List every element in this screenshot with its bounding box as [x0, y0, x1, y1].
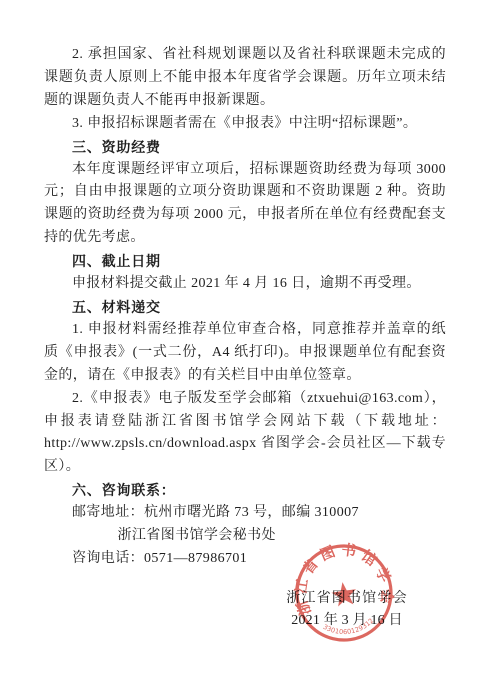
paragraph-rule-3: 3. 申报招标课题者需在《申报表》中注明“招标课题”。 — [44, 113, 446, 136]
paragraph-submission-2: 2.《申报表》电子版发至学会邮箱（ztxuehui@163.com），申报表请登… — [44, 388, 446, 480]
paragraph-submission-1: 1. 申报材料需经推荐单位审查合格，同意推荐并盖章的纸质《申报表》(一式二份，A… — [44, 319, 446, 388]
paragraph-phone: 咨询电话：0571—87986701 — [44, 548, 446, 571]
paragraph-funding: 本年度课题经评审立项后，招标课题资助经费为每项 3000 元；自由申报课题的立项… — [44, 159, 446, 251]
paragraph-secretariat: 浙江省图书馆学会秘书处 — [44, 525, 446, 548]
section-heading-submission: 五、材料递交 — [44, 296, 446, 319]
signature-block: 浙江省图书馆学会 2021 年 3 月 16 日 — [284, 588, 410, 632]
section-heading-contact: 六、咨询联系： — [44, 479, 446, 502]
paragraph-deadline: 申报材料提交截止 2021 年 4 月 16 日，逾期不再受理。 — [44, 273, 446, 296]
signature-date: 2021 年 3 月 16 日 — [284, 610, 410, 632]
section-heading-funding: 三、资助经费 — [44, 136, 446, 159]
paragraph-mail-address: 邮寄地址：杭州市曙光路 73 号，邮编 310007 — [44, 502, 446, 525]
document-body: 2. 承担国家、省社科规划课题以及省社科联课题未完成的课题负责人原则上不能申报本… — [44, 44, 446, 571]
signature-org: 浙江省图书馆学会 — [284, 588, 410, 610]
notice-document-page: 2. 承担国家、省社科规划课题以及省社科联课题未完成的课题负责人原则上不能申报本… — [0, 0, 489, 678]
paragraph-rule-2: 2. 承担国家、省社科规划课题以及省社科联课题未完成的课题负责人原则上不能申报本… — [44, 44, 446, 113]
section-heading-deadline: 四、截止日期 — [44, 250, 446, 273]
